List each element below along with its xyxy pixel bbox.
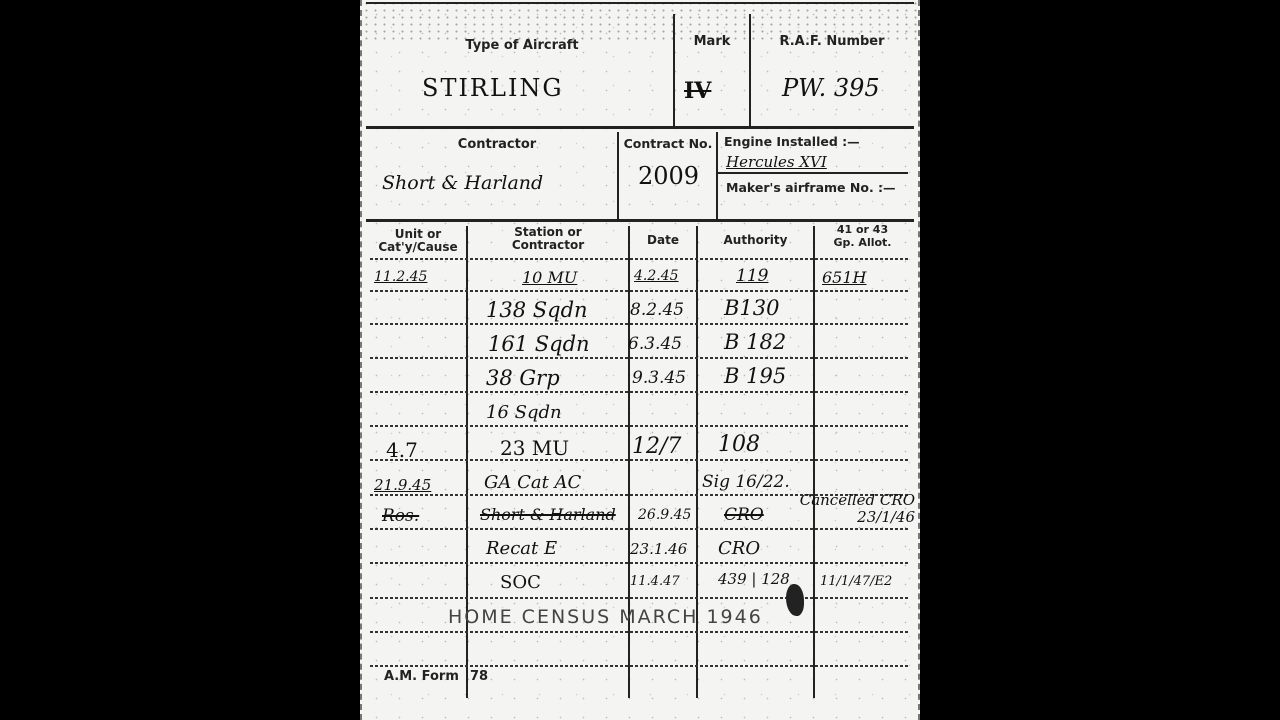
contractor-value: Short & Harland (382, 172, 543, 194)
row-date: 26.9.45 (638, 507, 691, 523)
form-name: A.M. Form (384, 669, 459, 684)
row-authority: Sig 16/22. (702, 472, 790, 492)
row-station: GA Cat AC (484, 472, 581, 493)
ink-blot (786, 584, 804, 616)
row-authority: CRO (718, 538, 760, 559)
row-rule (370, 459, 910, 461)
column-header-station: Station or Contractor (468, 226, 628, 252)
type-of-aircraft-label: Type of Aircraft (422, 38, 622, 53)
row-unit: 11.2.45 (374, 269, 427, 285)
makers-airframe-label: Maker's airframe No. :— (726, 180, 896, 195)
col-divider-4 (813, 226, 815, 698)
row-authority: 108 (718, 432, 760, 457)
contractor-label: Contractor (422, 137, 572, 152)
row-station: Recat E (486, 538, 557, 559)
top-border (366, 2, 914, 4)
row-allot: 11/1/47/E2 (820, 574, 892, 589)
section-divider-1 (366, 126, 914, 129)
row-authority: B 195 (724, 364, 786, 388)
row-station: 10 MU (522, 268, 577, 287)
row-date: 8.2.45 (630, 300, 684, 320)
row-rule (370, 425, 910, 427)
row-rule (370, 357, 910, 359)
engine-installed-label: Engine Installed :— (724, 134, 860, 149)
row-station: 161 Sqdn (488, 332, 590, 356)
row-allot: 651H (822, 268, 867, 287)
row-rule (370, 665, 910, 667)
row-date: 6.3.45 (628, 334, 682, 354)
row-rule (370, 562, 910, 564)
raf-number-label: R.A.F. Number (757, 34, 907, 49)
row-date: 9.3.45 (632, 368, 686, 388)
form-number: 78 (470, 669, 488, 684)
engine-divider (718, 172, 908, 174)
divider-raf (749, 14, 751, 126)
engine-installed-value: Hercules XVI (726, 153, 827, 171)
row-date: 4.2.45 (634, 268, 679, 284)
row-rule (370, 597, 910, 599)
row-date: 12/7 (632, 434, 681, 459)
contract-no-value: 2009 (638, 162, 699, 190)
row-authority: 439 | 128 (718, 570, 790, 588)
row-authority: CRO (724, 505, 764, 525)
row-rule (370, 528, 910, 530)
type-of-aircraft-value: STIRLING (422, 74, 564, 102)
row-authority: B 182 (724, 330, 786, 354)
mark-label: Mark (678, 34, 746, 49)
header-rule (370, 258, 910, 260)
row-date: 23.1.46 (630, 540, 687, 558)
row-rule (370, 323, 910, 325)
divider-mark (673, 14, 675, 126)
contract-no-label: Contract No. (619, 136, 717, 151)
row-station: 16 Sqdn (486, 402, 562, 423)
row-station: 138 Sqdn (486, 298, 588, 322)
row-date: 11.4.47 (630, 574, 680, 589)
mark-value: IV (684, 78, 711, 104)
row-rule (370, 631, 910, 633)
raf-number-value: PW. 395 (782, 74, 880, 102)
column-header-authority: Authority (698, 234, 813, 247)
row-rule (370, 391, 910, 393)
row-unit: 21.9.45 (374, 476, 431, 494)
row-rule (370, 290, 910, 292)
row-station: 23 MU (500, 436, 569, 460)
row-authority: 119 (736, 266, 768, 286)
row-unit: 4.7 (386, 438, 418, 462)
row-station: 38 Grp (486, 366, 560, 390)
row-authority: B130 (724, 296, 780, 320)
aircraft-movement-card: Type of Aircraft STIRLING Mark IV R.A.F.… (360, 0, 920, 720)
column-header-allot: 41 or 43 Gp. Allot. (815, 223, 910, 249)
row-allot-cancelled: Cancelled CRO 23/1/46 (790, 492, 915, 526)
column-header-date: Date (630, 234, 696, 247)
section-divider-2 (366, 219, 914, 222)
row-unit: Ros. (382, 506, 419, 526)
row-station: Short & Harland (480, 505, 616, 524)
census-note: HOME CENSUS MARCH 1946 (448, 606, 763, 628)
column-header-unit: Unit or Cat'y/Cause (370, 228, 466, 254)
row-station: SOC (500, 572, 541, 593)
